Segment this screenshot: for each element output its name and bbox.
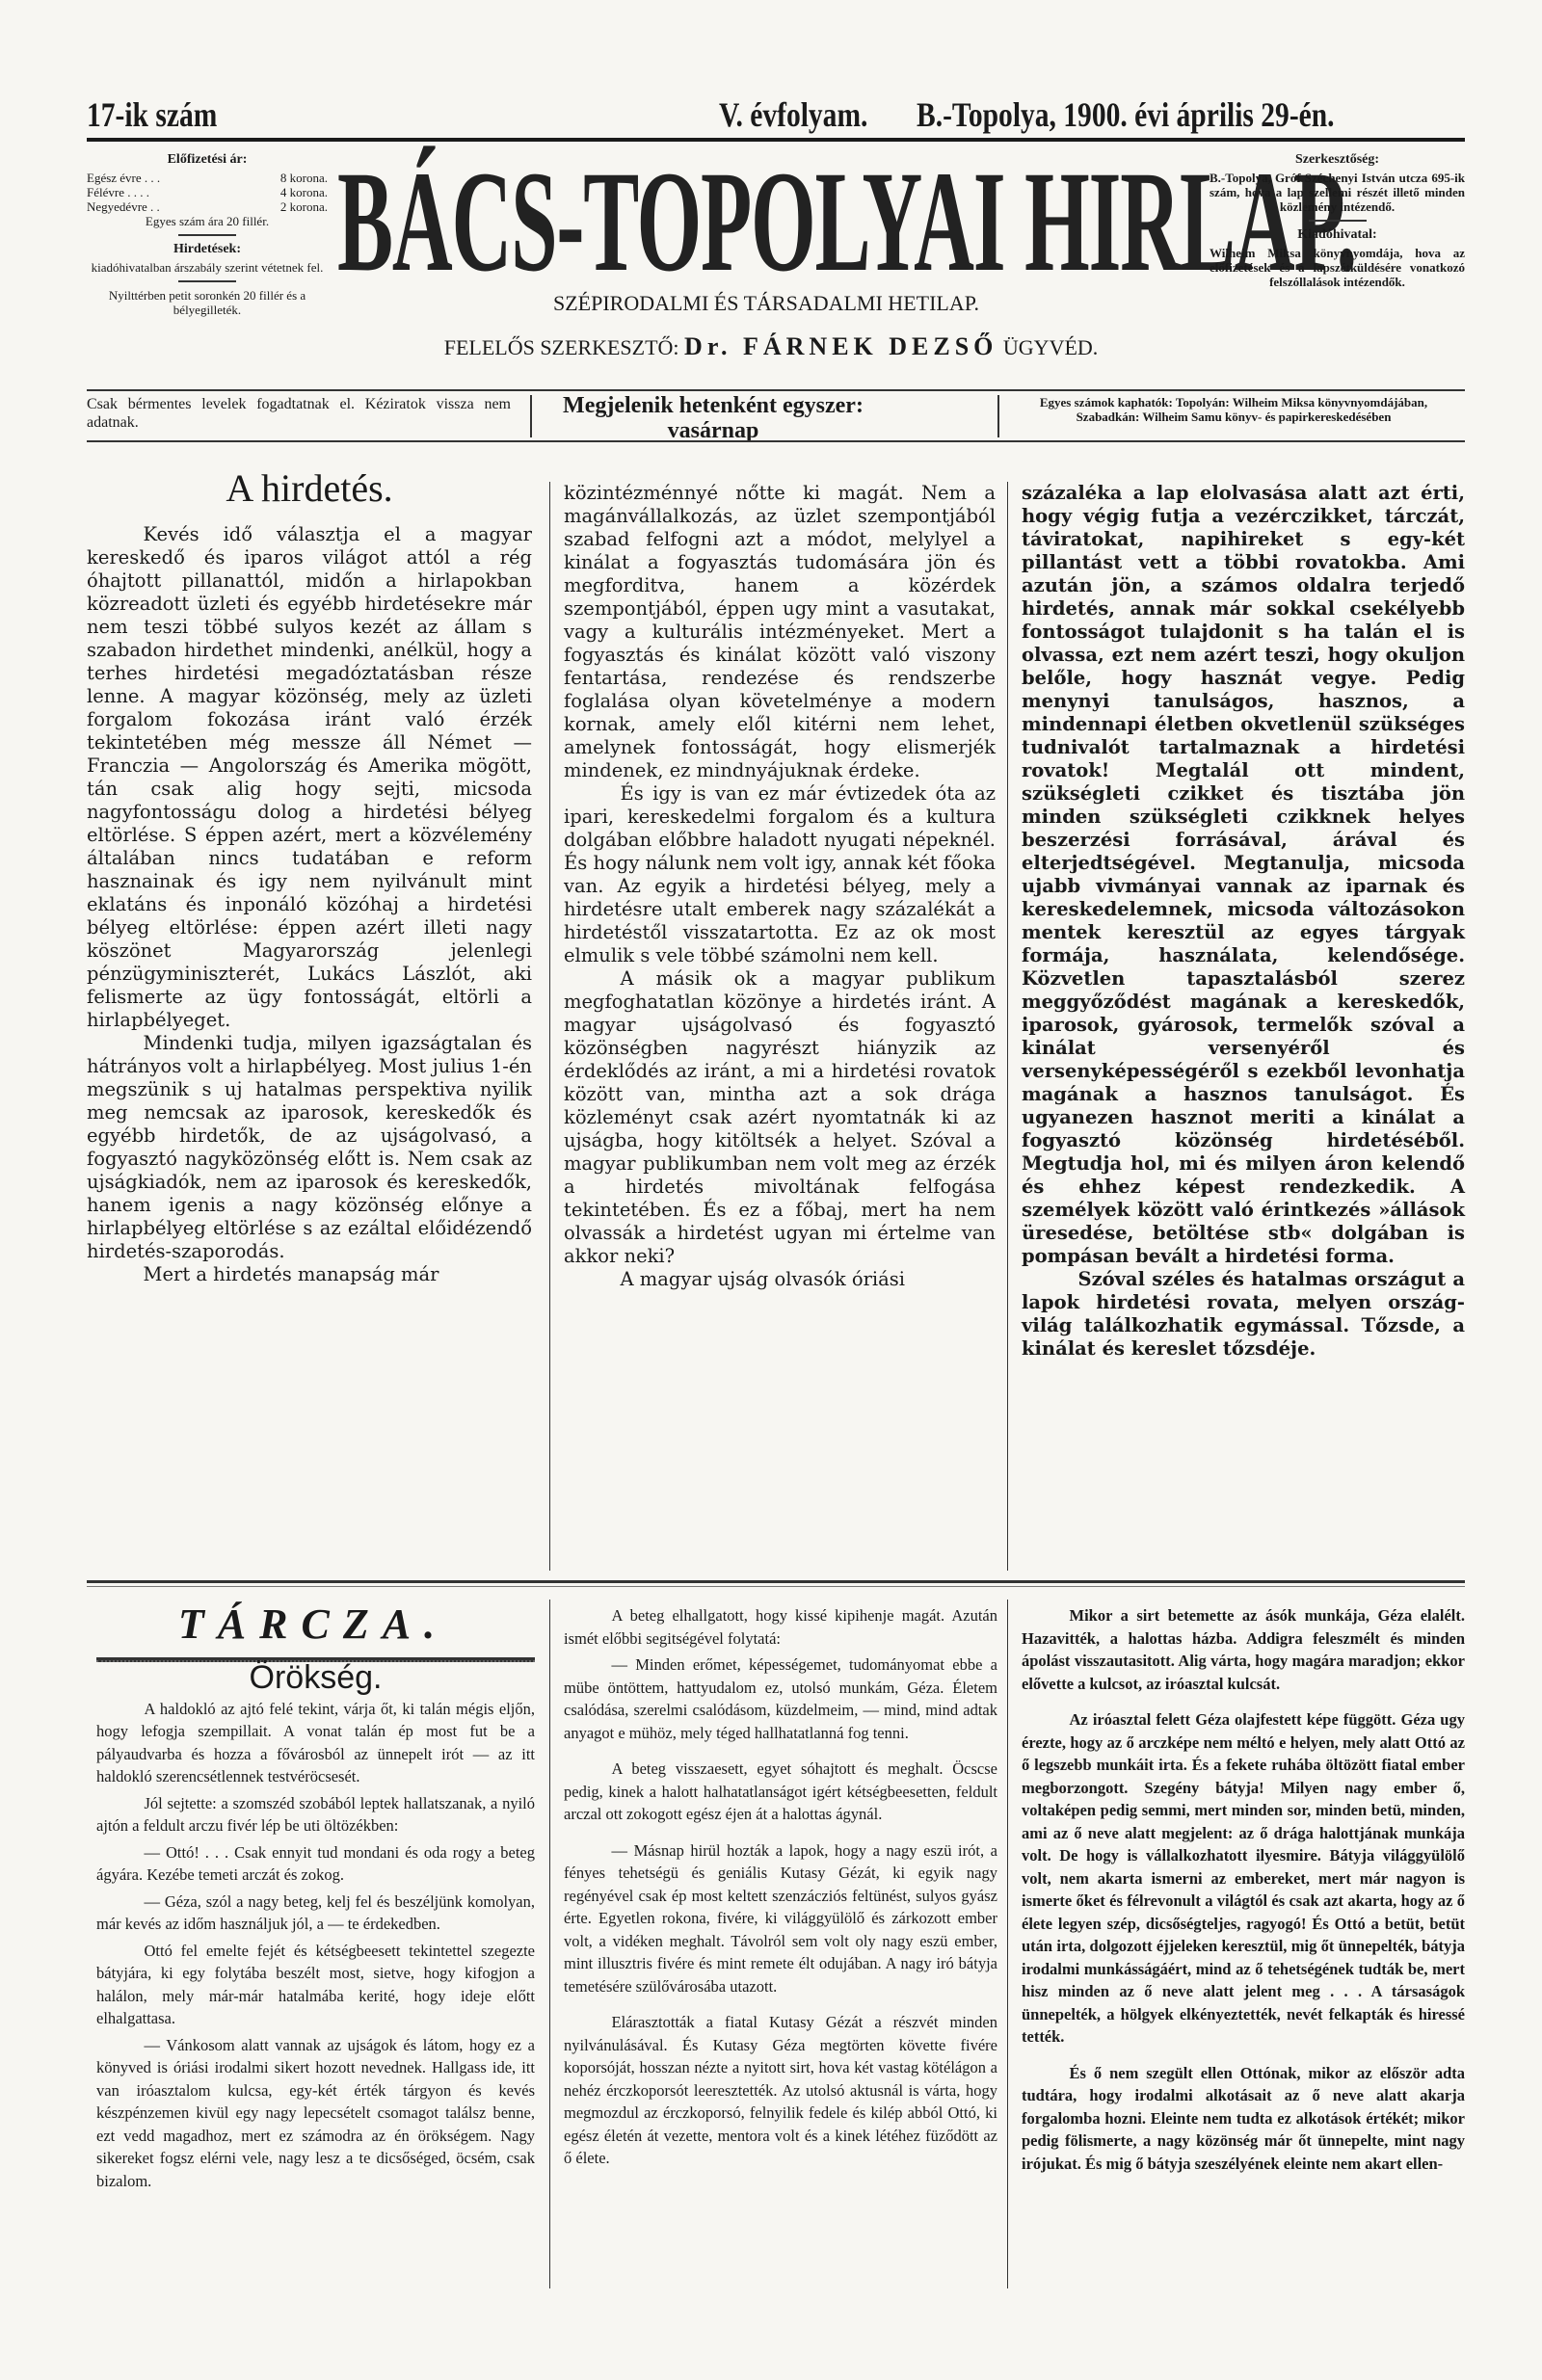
divider	[1309, 220, 1367, 222]
article-column-3: százaléka a lap elolvasása alatt azt ért…	[1022, 482, 1465, 1361]
place-date: B.-Topolya, 1900. évi április 29-én.	[917, 94, 1335, 135]
infobar-right: Egyes számok kaphatók: Topolyán: Wilheim…	[1007, 395, 1460, 424]
subscription-box: Előfizetési ár: Egész évre . . .8 korona…	[87, 152, 328, 317]
infobar-rule-top	[87, 389, 1465, 391]
column-rule	[549, 1600, 550, 2288]
infobar-rule-bottom	[87, 440, 1465, 442]
article-title: A hirdetés.	[87, 477, 532, 500]
volume: V. évfolyam.	[719, 94, 867, 135]
column-rule	[1007, 1600, 1008, 2288]
editor-name: Dr. FÁRNEK DEZSŐ	[684, 332, 997, 360]
infobar-left: Csak bérmentes levelek fogadtatnak el. K…	[87, 395, 511, 432]
newspaper-page: 17-ik szám V. évfolyam. B.-Topolya, 1900…	[87, 0, 1465, 2380]
article-bottom-rule	[87, 1580, 1465, 1583]
single-price: Egyes szám ára 20 fillér.	[87, 214, 328, 228]
publisher-text: Wilheim Miksa könyvnyomdája, hova az elő…	[1210, 246, 1465, 289]
ads-heading: Hirdetések:	[87, 242, 328, 256]
office-heading: Szerkesztőség:	[1210, 152, 1465, 167]
ads-text: kiadóhivatalban árszabály szerint vétetn…	[87, 260, 328, 275]
feuilleton-column-3: Mikor a sirt betemette az ásók munkája, …	[1022, 1604, 1465, 2179]
divider	[178, 234, 236, 236]
office-text: B.-Topolya, Gróf Széchenyi István utcza …	[1210, 171, 1465, 214]
price-row: Negyedévre . .2 korona.	[87, 199, 328, 214]
column-rule	[549, 482, 550, 1571]
feuilleton-section-title: TÁRCZA.	[87, 1600, 540, 1649]
editor-line: FELELŐS SZERKESZTŐ: Dr. FÁRNEK DEZSŐ ÜGY…	[366, 332, 1176, 361]
feuilleton-column-2: A beteg elhallgatott, hogy kissé kipihen…	[564, 1604, 997, 2174]
article-column-2: közintézménnyé nőtte ki magát. Nem a mag…	[564, 482, 996, 1291]
issue-number: 17-ik szám	[87, 94, 217, 135]
column-rule	[1007, 482, 1008, 1571]
article-column-1: A hirdetés. Kevés idő választja el a mag…	[87, 477, 532, 1286]
divider	[178, 280, 236, 282]
price-row: Félévre . . . .4 korona.	[87, 185, 328, 199]
editorial-office-box: Szerkesztőség: B.-Topolya, Gróf Szécheny…	[1210, 152, 1465, 289]
infobar-middle: Megjelenik hetenként egyszer: vasárnap	[540, 393, 887, 443]
open-space-text: Nyilttérben petit soronkén 20 fillér és …	[87, 288, 328, 317]
article-bottom-rule-thin	[87, 1586, 1465, 1587]
publisher-heading: Kiadóhivatal:	[1210, 227, 1465, 242]
subscription-heading: Előfizetési ár:	[87, 152, 328, 167]
price-row: Egész évre . . .8 korona.	[87, 171, 328, 185]
newspaper-title: BÁCS-TOPOLYAI HIRLAP.	[337, 154, 840, 289]
newspaper-subtitle: SZÉPIRODALMI ÉS TÁRSADALMI HETILAP.	[381, 291, 1152, 316]
infobar-separator	[997, 395, 999, 437]
infobar-separator	[530, 395, 532, 437]
story-title: Örökség.	[96, 1667, 535, 1690]
feuilleton-column-1: Örökség. A haldokló az ajtó felé tekint,…	[96, 1667, 535, 2196]
